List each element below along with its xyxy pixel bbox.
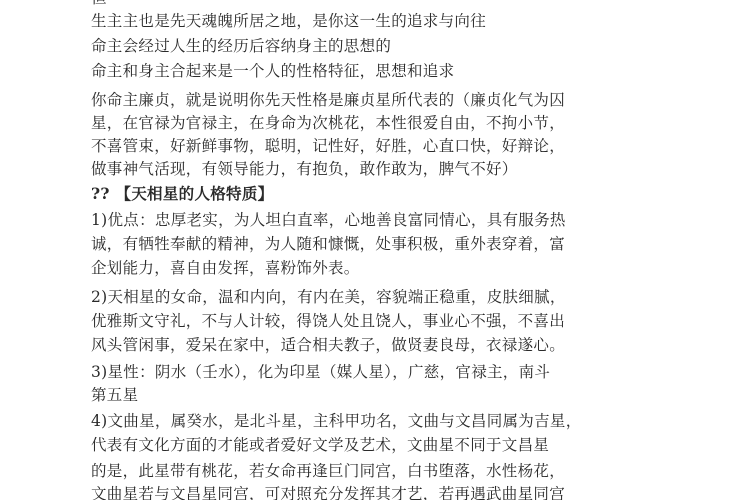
item-line: 1)优点：忠厚老实，为人坦白直率，心地善良富同情心，具有服务热 (91, 210, 566, 230)
item-line: 优雅斯文守礼，不与人计较，得饶人处且饶人，事业心不强，不喜出 (91, 311, 565, 331)
document-page: 但 生主主也是先天魂魄所居之地，是你这一生的追求与向往 命主会经过人生的经历后容… (0, 0, 750, 500)
item-line: 诚，有牺牲奉献的精神，为人随和慷慨，处事积极，重外表穿着，富 (91, 234, 565, 254)
paragraph-line: 做事神气活现，有领导能力，有抱负，敢作敢为，脾气不好） (91, 159, 518, 179)
item-line: 代表有文化方面的才能或者爱好文学及艺术，文曲星不同于文昌星 (91, 435, 549, 455)
top-fragment: 但 (91, 0, 107, 8)
item-line: 2)天相星的女命，温和内向，有内在美，容貌端正稳重，皮肤细腻， (91, 287, 566, 307)
item-line: 文曲星若与文昌星同宫，可对照充分发挥其才艺，若再遇武曲星同宫 (91, 484, 565, 500)
section-heading: ?? 【天相星的人格特质】 (91, 184, 273, 204)
item-line: 风头管闲事，爱呆在家中，适合相夫教子，做贤妻良母，衣禄遂心。 (91, 335, 565, 355)
paragraph-line: 你命主廉贞，就是说明你先天性格是廉贞星所代表的（廉贞化气为囚 (91, 90, 565, 110)
text-line: 生主主也是先天魂魄所居之地，是你这一生的追求与向往 (91, 11, 486, 31)
paragraph-line: 星，在官禄为官禄主，在身命为次桃花，本性很爱自由，不拘小节， (91, 113, 565, 133)
item-line: 的是，此星带有桃花，若女命再逢巨门同宫，白书堕落，水性杨花， (91, 461, 565, 481)
text-line: 命主会经过人生的经历后容纳身主的思想的 (91, 36, 391, 56)
paragraph-line: 不喜管束，好新鲜事物，聪明，记性好，好胜，心直口快，好辩论， (91, 136, 565, 156)
item-line: 3)星性：阴水（壬水），化为印星（媒人星），广慈，官禄主，南斗 (91, 362, 550, 382)
item-line: 第五星 (91, 385, 138, 405)
text-line: 命主和身主合起来是一个人的性格特征，思想和追求 (91, 61, 454, 81)
item-line: 4)文曲星，属癸水，是北斗星，主科甲功名，文曲与文昌同属为吉星， (91, 411, 582, 431)
item-line: 企划能力，喜自由发挥，喜粉饰外表。 (91, 258, 360, 278)
